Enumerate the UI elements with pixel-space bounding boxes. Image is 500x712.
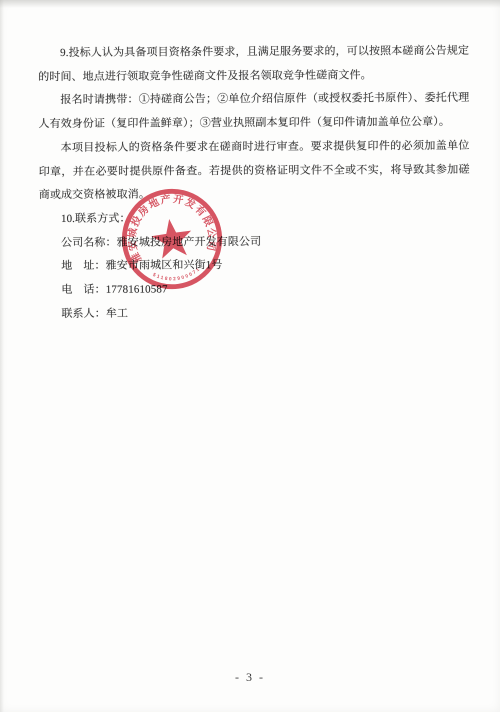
company-name-label: 公司名称： [61,236,117,248]
contact-person-value: 牟工 [106,307,128,319]
contact-phone-line: 电 话：17781610587 [39,277,470,303]
address-value: 雅安市雨城区和兴街1号 [106,259,223,272]
contact-address-line: 地 址：雅安市雨城区和兴街1号 [39,253,470,279]
contact-company-line: 公司名称：雅安城投房地产开发有限公司 [39,229,470,255]
address-label: 地 址： [61,260,106,272]
page-number: - 3 - [0,670,500,685]
document-content: 9.投标人认为具备项目资格条件要求，且满足服务要求的，可以按照本磋商公告规定的时… [38,40,470,327]
paragraph-review: 本项目投标人的资格条件要求在磋商时进行审查。要求提供复印件的必须加盖单位印章，并… [38,135,469,208]
phone-label: 电 话： [61,284,106,296]
contact-person-line: 联系人：牟工 [39,301,470,327]
contact-heading: 10.联系方式： [39,206,470,232]
contact-person-label: 联系人： [61,308,106,320]
paragraph-qualification: 9.投标人认为具备项目资格条件要求，且满足服务要求的，可以按照本磋商公告规定的时… [38,40,469,90]
phone-value: 17781610587 [106,283,168,295]
document-page: 9.投标人认为具备项目资格条件要求，且满足服务要求的，可以按照本磋商公告规定的时… [0,0,500,712]
company-name-value: 雅安城投房地产开发有限公司 [117,236,262,249]
paragraph-registration-items: 报名时请携带：①持磋商公告；②单位介绍信原件（或授权委托书原件）、委托代理人有效… [38,87,469,137]
